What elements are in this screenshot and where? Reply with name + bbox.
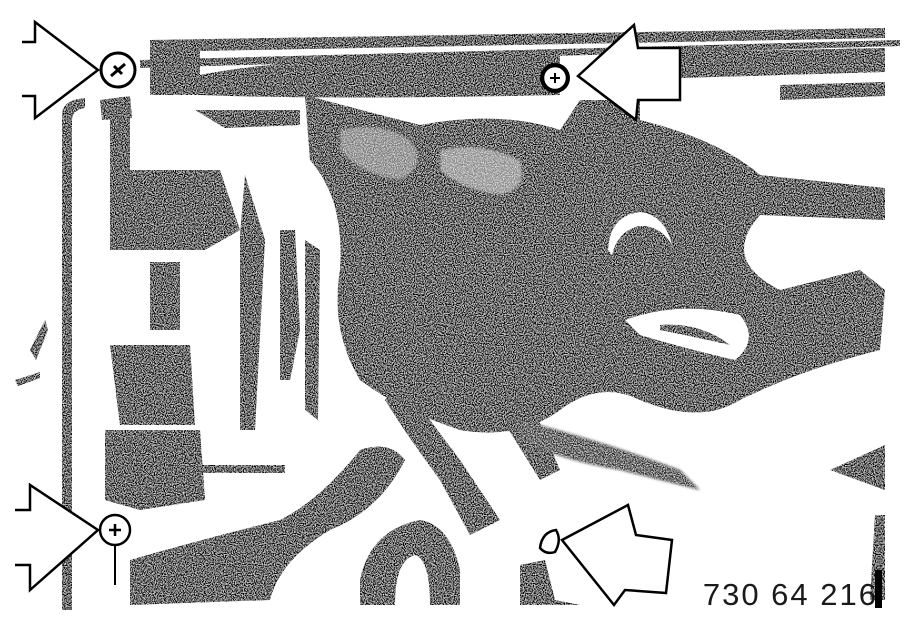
figure-reference-number: 730 64 216 bbox=[703, 577, 878, 613]
manual-photo bbox=[0, 0, 912, 621]
screw-icon bbox=[540, 63, 570, 93]
screw-icon bbox=[100, 515, 130, 545]
screw-icon bbox=[101, 53, 135, 87]
